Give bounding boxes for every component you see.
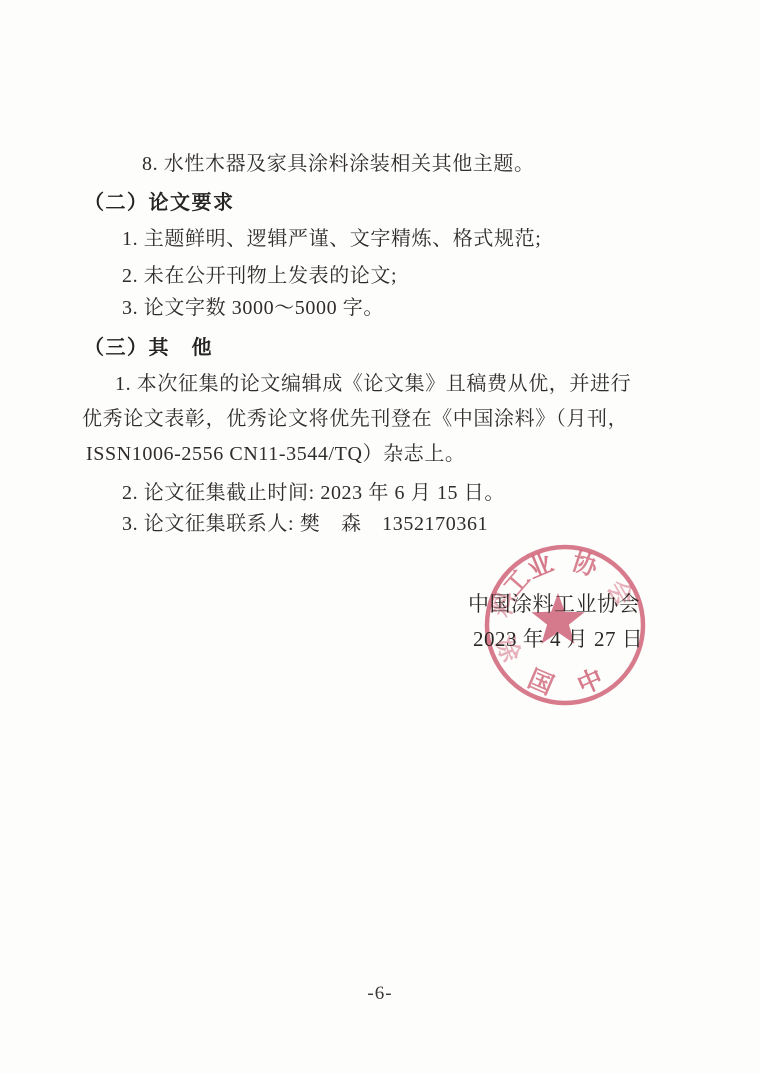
section-3-item-2: 2. 论文征集截止时间: 2023 年 6 月 15 日。 bbox=[122, 481, 505, 505]
list-item-8: 8. 水性木器及家具涂料涂装相关其他主题。 bbox=[142, 152, 535, 176]
section-2-item-2: 2. 未在公开刊物上发表的论文; bbox=[122, 264, 397, 288]
section-3-item-3: 3. 论文征集联系人: 樊 森 1352170361 bbox=[122, 512, 488, 536]
signature-date: 2023 年 4 月 27 日 bbox=[473, 627, 643, 652]
section-2-heading: （二）论文要求 bbox=[84, 191, 235, 215]
section-3-paragraph-line-2: 优秀论文表彰，优秀论文将优先刊登在《中国涂料》（月刊， bbox=[82, 407, 628, 431]
signature-organization: 中国涂料工业协会 bbox=[468, 592, 640, 617]
section-2-item-3: 3. 论文字数 3000～5000 字。 bbox=[122, 296, 384, 320]
page-number: -6- bbox=[0, 983, 760, 1005]
document-page: 中 国 涂 料 工 业 协 会 8. 水性木器及家具涂料涂装相关其他主题。 （二… bbox=[0, 0, 760, 1074]
section-3-paragraph-line-1: 1. 本次征集的论文编辑成《论文集》且稿费从优，并进行 bbox=[115, 372, 631, 396]
section-3-paragraph-line-3: ISSN1006-2556 CN11-3544/TQ）杂志上。 bbox=[86, 442, 466, 466]
section-2-item-1: 1. 主题鲜明、逻辑严谨、文字精炼、格式规范; bbox=[122, 227, 541, 251]
official-seal: 中 国 涂 料 工 业 协 会 bbox=[465, 525, 665, 725]
seal-graphic: 中 国 涂 料 工 业 协 会 bbox=[465, 525, 665, 725]
section-3-heading: （三）其 他 bbox=[84, 336, 213, 360]
